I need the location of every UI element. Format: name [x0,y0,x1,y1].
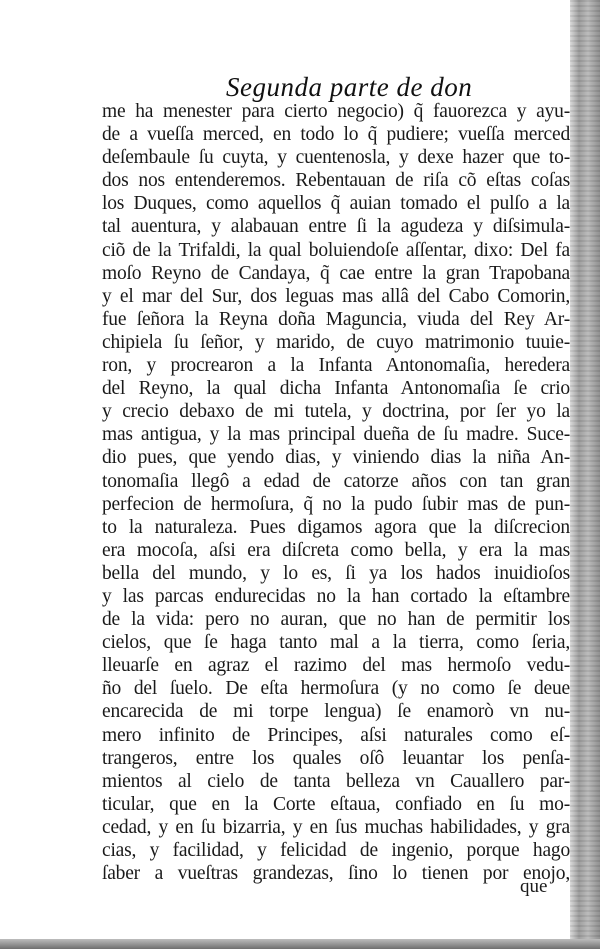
text-line: fue ſeñora la Reyna doña Maguncia, viuda… [102,308,570,331]
text-line: ciõ de la Trifaldi, la qual boluiendoſe … [102,239,570,262]
text-line: mero infinito de Principes, aſsi natural… [102,724,570,747]
text-line: tal auentura, y alabauan entre ſi la agu… [102,215,570,238]
text-line: moſo Reyno de Candaya, q̃ cae entre la g… [102,262,570,285]
running-head: Segunda parte de don [226,72,472,103]
text-line: mientos al cielo de tanta belleza vn Cau… [102,770,570,793]
text-line: del Reyno, la qual dicha Infanta Antonom… [102,377,570,400]
text-line: perfecion de hermoſura, q̃ no la pudo ſu… [102,493,570,516]
body-text: me ha menester para cierto negocio) q̃ f… [102,100,570,885]
text-line: ticular, que en la Corte eſtaua, confiad… [102,793,570,816]
text-line: y el mar del Sur, dos leguas mas allâ de… [102,285,570,308]
text-line: dio pues, que yendo dias, y viniendo dia… [102,446,570,469]
text-line: dos nos entenderemos. Rebentauan de riſa… [102,169,570,192]
text-line: cedad, y en ſu bizarria, y en ſus muchas… [102,816,570,839]
text-line: to la naturaleza. Pues digamos agora que… [102,516,570,539]
text-line: cias, y facilidad, y felicidad de ingeni… [102,839,570,862]
text-line: encarecida de mi torpe lengua) ſe enamor… [102,700,570,723]
catchword: que [520,876,547,898]
text-line: me ha menester para cierto negocio) q̃ f… [102,100,570,123]
text-line: mas antigua, y la mas principal dueña de… [102,423,570,446]
text-line: ſaber a vueſtras grandezas, ſino lo tien… [102,862,570,885]
text-line: trangeros, entre los quales oſô leuantar… [102,747,570,770]
text-line: y las parcas endurecidas no la han corta… [102,585,570,608]
text-line: ron, y procrearon a la Infanta Antonomaſ… [102,354,570,377]
text-line: cielos, que ſe haga tanto mal a la tierr… [102,631,570,654]
text-line: tonomaſia llegô a edad de catorze años c… [102,470,570,493]
text-line: de la vida: pero no auran, que no han de… [102,608,570,631]
text-line: lleuarſe en agraz el razimo del mas herm… [102,654,570,677]
text-line: ño del ſuelo. De eſta hermoſura (y no co… [102,677,570,700]
text-line: de a vueſſa merced, en todo lo q̃ pudier… [102,123,570,146]
text-line: bella del mundo, y lo es, ſi ya los hado… [102,562,570,585]
text-line: deſembaule ſu cuyta, y cuentenosla, y de… [102,146,570,169]
text-line: era mocoſa, aſsi era diſcreta como bella… [102,539,570,562]
text-line: y crecio debaxo de mi tutela, y doctrina… [102,400,570,423]
text-line: los Duques, como aquellos q̃ auian tomad… [102,192,570,215]
page-edge-bottom [0,939,600,949]
text-line: chipiela ſu ſeñor, y marido, de cuyo mat… [102,331,570,354]
page-edge-right [570,0,600,949]
